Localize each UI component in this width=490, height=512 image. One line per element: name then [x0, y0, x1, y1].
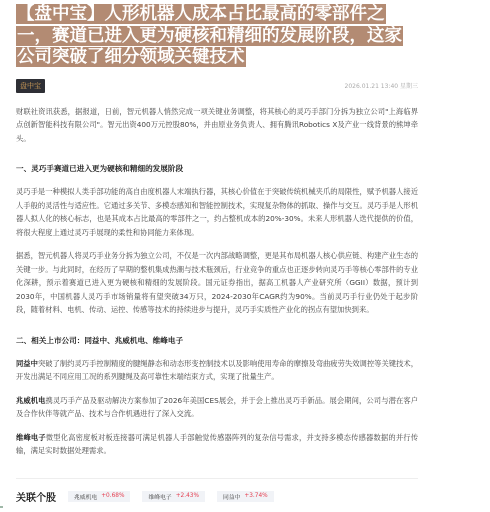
- stock-name: 兆威机电: [74, 492, 97, 501]
- section-heading-1: 一、灵巧手赛道已进入更为硬核和精细的发展阶段: [16, 163, 418, 175]
- article-title-text: 【盘中宝】人形机器人成本占比最高的零部件之一，赛道已进入更为硬核和精细的发展阶段…: [16, 4, 403, 67]
- stock-change: +0.68%: [101, 493, 124, 499]
- company-paragraph-weifeng: 维峰电子微型化高密度板对板连接器可满足机器人手部触觉传感器阵列的复杂信号需求，并…: [16, 431, 418, 458]
- section-1-paragraph-1: 灵巧手是一种模拟人类手部功能的高自由度机器人末端执行器，其核心价值在于突破传统机…: [16, 185, 418, 239]
- stock-name: 维峰电子: [148, 492, 171, 501]
- stock-change: +2.43%: [176, 493, 199, 499]
- article-title: 【盘中宝】人形机器人成本占比最高的零部件之一，赛道已进入更为硬核和精细的发展阶段…: [16, 4, 418, 69]
- stock-chip-weifeng[interactable]: 维峰电子 +2.43%: [142, 491, 204, 502]
- company-name: 兆威机电: [16, 396, 46, 405]
- stock-name: 同益中: [223, 492, 240, 501]
- company-name: 维峰电子: [16, 433, 46, 442]
- company-description: 携灵巧手产品及驱动解决方案参加了2026年美国CES展会，并于会上推出灵巧手新品…: [16, 396, 418, 419]
- company-description: 微型化高密度板对板连接器可满足机器人手部触觉传感器阵列的复杂信号需求，并支持多模…: [16, 433, 418, 456]
- stock-chip-zhaowei[interactable]: 兆威机电 +0.68%: [68, 491, 130, 502]
- company-name: 同益中: [16, 359, 38, 368]
- source-badge[interactable]: 盘中宝: [16, 79, 45, 93]
- edge-marker: [0, 506, 3, 508]
- section-1-paragraph-2: 据悉，智元机器人将灵巧手业务分拆为独立公司，不仅是一次内部战略调整，更是其布局机…: [16, 249, 418, 317]
- publish-timestamp: 2026.01.21 13:40 星期三: [345, 81, 418, 90]
- related-stocks: 关联个股 兆威机电 +0.68% 维峰电子 +2.43% 同益中 +3.74%: [16, 489, 286, 503]
- stock-chip-tongyizhong[interactable]: 同益中 +3.74%: [217, 491, 274, 502]
- company-paragraph-tongyizhong: 同益中突破了制约灵巧手控制精度的腱绳静态和动态形变控制技术以及影响使用寿命的摩擦…: [16, 357, 418, 384]
- related-stocks-label: 关联个股: [16, 489, 56, 504]
- intro-paragraph: 财联社资讯获悉，据报道，日前，智元机器人悄然完成一项关键业务调整，将其核心的灵巧…: [16, 105, 418, 146]
- company-paragraph-zhaowei: 兆威机电携灵巧手产品及驱动解决方案参加了2026年美国CES展会，并于会上推出灵…: [16, 394, 418, 421]
- stock-change: +3.74%: [244, 493, 267, 499]
- article: 【盘中宝】人形机器人成本占比最高的零部件之一，赛道已进入更为硬核和精细的发展阶段…: [16, 0, 418, 458]
- divider: [16, 478, 418, 479]
- company-description: 突破了制约灵巧手控制精度的腱绳静态和动态形变控制技术以及影响使用寿命的摩擦及弯曲…: [16, 359, 418, 382]
- article-meta: 盘中宝 2026.01.21 13:40 星期三: [16, 79, 418, 95]
- section-heading-2: 二、相关上市公司：同益中、兆威机电、维峰电子: [16, 335, 418, 347]
